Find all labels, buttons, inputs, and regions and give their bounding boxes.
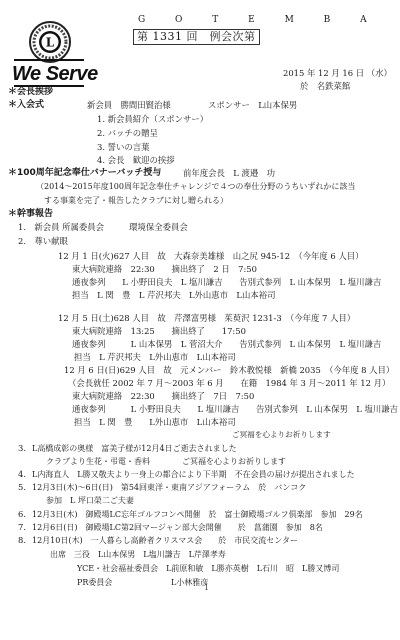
donation-3-line: 12 月 6 日(日)629 人目 故 元メンバー 鈴木教悦様 新橋 2035 … <box>64 365 394 376</box>
section-banner: ＊100周年記念奉仕バナーバッチ授与 <box>8 167 161 179</box>
donation-2-line: 東大病院連絡 13:25 摘出終了 17:50 <box>72 326 246 337</box>
banner-note: する事業を完了・報告したクラブに対し贈られる） <box>44 195 228 206</box>
donation-1-line: 担当 L 関 豊 L 芹沢邦夫 L外山恵市 L山本裕司 <box>72 290 275 301</box>
report-item-text: 12月6日(日) 御殿場LC第2回マージャン部大会開催 於 菖蒲園 参加 8名 <box>32 522 323 533</box>
donation-2-line: 12 月 5 日(土)628 人目 故 芹澤富男様 茱萸沢 1231-3 （今年… <box>58 313 355 324</box>
meeting-venue: 於 名鉄菜館 <box>300 80 350 92</box>
donation-3-line: 担当 L 関 豊 L外山恵市 L山本裕司 <box>74 417 236 428</box>
donation-3-line: 東大病院連絡 22:30 摘出終了 7日 7:50 <box>72 391 254 402</box>
section-greeting: ＊会長挨拶 <box>8 86 53 98</box>
lions-emblem-icon: L <box>28 20 72 64</box>
meeting-title: 第 1331 回 例会次第 <box>133 29 260 45</box>
attendance-line: YCE・社会福祉委員会 L前原和敏 L勝亦英樹 L石川 昭 L勝又博司 <box>77 563 339 574</box>
report-item-text: L高橋成彰の奥様 富美子様が12月4日ご逝去されました <box>32 443 237 454</box>
donation-2-line: 担当 L 芹沢邦夫 L外山恵市 L山本裕司 <box>74 352 236 363</box>
page-number: 1 <box>204 583 209 592</box>
report-item-num: 7. <box>18 522 26 533</box>
donation-1-line: 通夜参列 L 小野田良夫 L 塩川謙吉 告別式参列 L 山本保男 L 塩川謙吉 <box>72 277 381 288</box>
report-item-text: 12月3日(木)～6日(日) 第54回東洋・東南アジアフォーラム 於 バンコク <box>32 482 306 493</box>
report-item-num: 4. <box>18 469 26 480</box>
induction-step: 3. 誓いの言葉 <box>97 142 150 153</box>
donation-1-line: 12 月 1 日(火)627 人目 故 大森奈美雄様 山之尻 945-12 （今… <box>58 251 364 262</box>
attendance-pr-label: PR委員会 <box>77 577 112 588</box>
condolence: ご冥福を心よりお祈りします <box>232 429 331 440</box>
report-item-num: 6. <box>18 509 26 520</box>
logo-rule-top <box>14 59 84 61</box>
donation-2-line: 通夜参列 L 山本保男 L 菅沼大介 告別式参列 L 山本保男 L 塩川謙吉 <box>72 339 381 350</box>
attendance-pr-names: L小林雅彦 <box>171 577 208 588</box>
club-name: G O T E M B A <box>138 15 380 25</box>
report-item-text: 12月3日(木) 御殿場LC忘年ゴルフコンペ開催 於 富士御殿場ゴルフ倶楽部 参… <box>32 509 363 520</box>
report-item-2: 2. 尊い献眼 <box>18 236 68 247</box>
report-item-num: 8. <box>18 535 26 546</box>
report-item-sub: クラブより生花・弔電・香料 ご冥福を心よりお祈りします <box>46 456 286 467</box>
donation-3-line: 通夜参列 L 小野田良夫 L 塩川謙吉 告別式参列 L 山本保男 L 塩川謙吉 <box>72 404 398 415</box>
section-secretary-report: ＊幹事報告 <box>8 208 53 220</box>
report-item-sub: 参加 L 坪口榮二ご夫妻 <box>46 495 134 506</box>
new-member: 新会員 勝間田賢治様 <box>87 100 171 111</box>
report-item-text: L内海直人 L勝又敬夫より一身上の都合により下半期 不在会員の届けが提出されまし… <box>32 469 355 480</box>
banner-presenter: 前年度会長 L 渡邉 功 <box>183 168 275 179</box>
report-item-num: 3. <box>18 443 26 454</box>
report-item-text: 12月10日(木) 一人暮らし高齢者クリスマス会 於 市民交流センター <box>32 535 298 546</box>
report-item-num: 5. <box>18 482 26 493</box>
banner-note: （2014～2015年度100周年記念奉仕チャレンジで４つの奉仕分野のうちいずれ… <box>36 181 355 192</box>
induction-step: 4. 会長 歓迎の挨拶 <box>97 155 175 166</box>
report-item-1: 1. 新会員 所属委員会 環境保全委員会 <box>18 222 188 233</box>
induction-step: 1. 新会員紹介（スポンサー） <box>97 114 208 125</box>
donation-1-line: 東大病院連絡 22:30 摘出終了 2 日 7:50 <box>72 264 257 275</box>
attendance-line: 出席 三役 L山本保男 L塩川謙吉 L芹澤孝寿 <box>50 549 226 560</box>
donation-3-line: （会長就任 2002 年 7 月～2003 年 6 月 在籍 1984 年 3 … <box>68 378 390 389</box>
svg-text:L: L <box>46 36 55 50</box>
section-induction: ＊入会式 <box>8 99 44 111</box>
we-serve-logo: We Serve <box>12 63 98 86</box>
induction-step: 2. バッチの贈呈 <box>97 128 158 139</box>
sponsor: スポンサー L山本保男 <box>208 100 297 111</box>
meeting-date: 2015 年 12 月 16 日 （水） <box>283 67 392 79</box>
